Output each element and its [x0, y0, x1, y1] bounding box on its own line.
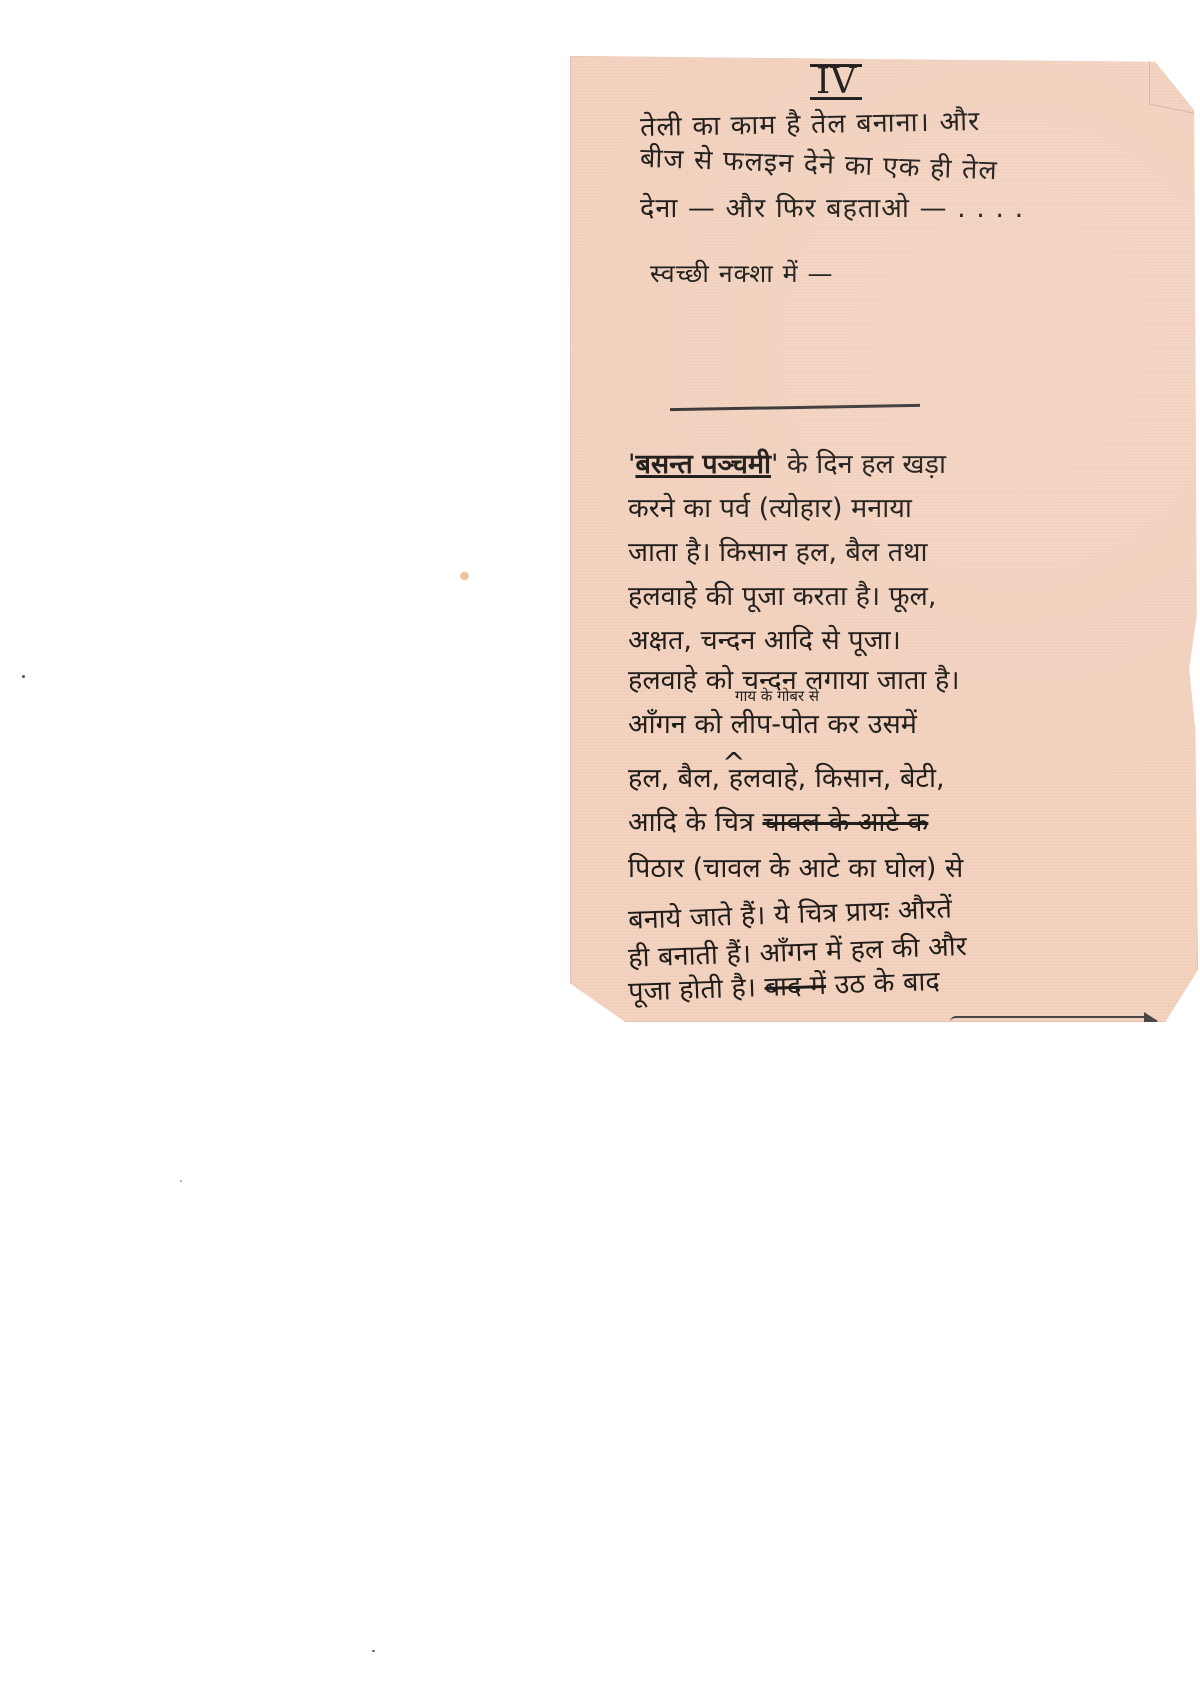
text-line: देना — और फिर बहताओ — . . . .	[640, 188, 1024, 225]
section-divider	[670, 404, 920, 411]
text-line: जाता है। किसान हल, बैल तथा	[628, 532, 1188, 569]
festival-name: बसन्त पञ्चमी	[635, 449, 771, 480]
text-fragment: आदि के चित्र	[628, 807, 762, 838]
folded-corner	[1149, 55, 1194, 114]
text-fragment: पूजा होती है।	[628, 972, 765, 1008]
text-line: आँगन को लीप-पोत कर उसमें	[628, 704, 1188, 741]
text-line: 'बसन्त पञ्चमी' के दिन हल खड़ा	[628, 444, 1188, 481]
scan-speck	[22, 675, 25, 678]
inserted-annotation: गाय के गोबर से	[735, 686, 819, 706]
scan-speck	[372, 1650, 375, 1652]
text-line: हलवाहे को चन्दन लगाया जाता है।	[628, 660, 1188, 697]
page-number: IV	[810, 64, 862, 100]
struck-text: बाद में	[764, 970, 827, 1003]
text-line: हल, बैल, हलवाहे, किसान, बेटी,	[628, 758, 1188, 795]
text-line: बीज से फलइन देने का एक ही तेल	[639, 138, 998, 187]
text-line: तेली का काम है तेल बनाना। और	[640, 101, 981, 144]
continuation-arrow-icon	[950, 1016, 1150, 1030]
manuscript-page: IV तेली का काम है तेल बनाना। और बीज से फ…	[570, 56, 1198, 1022]
text-line: करने का पर्व (त्योहार) मनाया	[628, 488, 1188, 525]
text-line: पिठार (चावल के आटे का घोल) से	[628, 848, 1188, 885]
text-fragment: उठ के बाद	[825, 966, 940, 1001]
text-line: अक्षत, चन्दन आदि से पूजा।	[628, 620, 1188, 657]
text-fragment: ' के दिन हल खड़ा	[771, 449, 946, 480]
text-line: आदि के चित्र चावल के आटे क	[628, 802, 1188, 839]
scan-speck	[180, 1180, 182, 1182]
text-line: हलवाहे की पूजा करता है। फूल,	[628, 576, 1188, 613]
text-line: स्वच्छी नक्शा में —	[650, 256, 834, 290]
scan-speck	[460, 572, 469, 580]
struck-text: चावल के आटे क	[762, 807, 928, 838]
